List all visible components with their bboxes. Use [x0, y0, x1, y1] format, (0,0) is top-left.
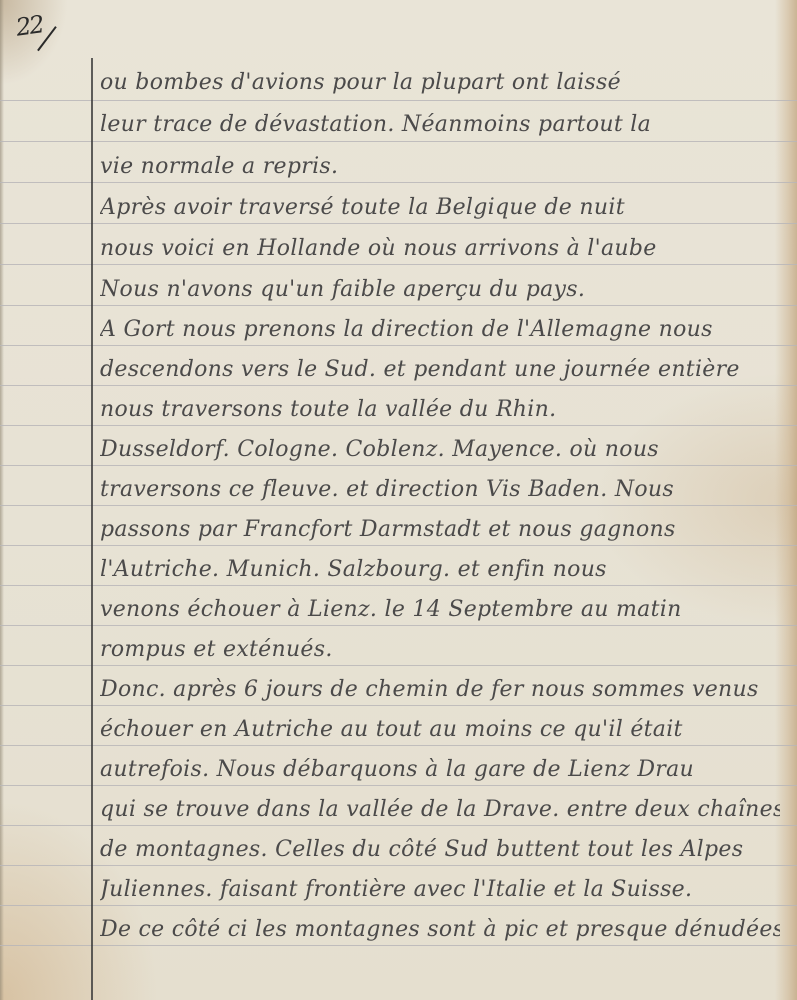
text-line-13: l'Autriche. Munich. Salzbourg. et enfin …: [100, 555, 780, 585]
ruled-line: [0, 505, 797, 506]
ruled-line: [0, 625, 797, 626]
ruled-line: [0, 385, 797, 386]
text-line-11: traversons ce fleuve. et direction Vis B…: [100, 475, 780, 505]
ruled-line: [0, 182, 797, 183]
ruled-line: [0, 585, 797, 586]
text-line-2: leur trace de dévastation. Néanmoins par…: [100, 110, 780, 140]
notebook-page: 22 ou bombes d'avions pour la plupart on…: [0, 0, 797, 1000]
text-line-15: rompus et exténués.: [100, 635, 780, 665]
page-number: 22: [14, 10, 44, 41]
text-line-14: venons échouer à Lienz. le 14 Septembre …: [100, 595, 780, 625]
ruled-line: [0, 100, 797, 101]
ruled-line: [0, 865, 797, 866]
text-line-10: Dusseldorf. Cologne. Coblenz. Mayence. o…: [100, 435, 780, 465]
text-line-18: autrefois. Nous débarquons à la gare de …: [100, 755, 780, 785]
text-line-6: Nous n'avons qu'un faible aperçu du pays…: [100, 275, 780, 305]
text-line-20: de montagnes. Celles du côté Sud buttent…: [100, 835, 780, 865]
ruled-line: [0, 785, 797, 786]
ruled-line: [0, 465, 797, 466]
text-line-8: descendons vers le Sud. et pendant une j…: [100, 355, 780, 385]
text-line-7: A Gort nous prenons la direction de l'Al…: [100, 315, 780, 345]
ruled-line: [0, 825, 797, 826]
text-line-4: Après avoir traversé toute la Belgique d…: [100, 193, 780, 223]
text-line-16: Donc. après 6 jours de chemin de fer nou…: [100, 675, 780, 705]
ruled-line: [0, 545, 797, 546]
text-line-21: Juliennes. faisant frontière avec l'Ital…: [100, 875, 780, 905]
ruled-line: [0, 425, 797, 426]
ruled-line: [0, 305, 797, 306]
text-line-9: nous traversons toute la vallée du Rhin.: [100, 395, 780, 425]
text-line-12: passons par Francfort Darmstadt et nous …: [100, 515, 780, 545]
text-line-19: qui se trouve dans la vallée de la Drave…: [100, 795, 780, 825]
page-left-shadow: [0, 0, 4, 1000]
ruled-line: [0, 345, 797, 346]
text-line-17: échouer en Autriche au tout au moins ce …: [100, 715, 780, 745]
ruled-line: [0, 665, 797, 666]
ruled-line: [0, 745, 797, 746]
ruled-line: [0, 141, 797, 142]
ruled-line: [0, 705, 797, 706]
ruled-line: [0, 223, 797, 224]
text-line-3: vie normale a repris.: [100, 152, 780, 182]
ruled-line: [0, 905, 797, 906]
margin-line: [91, 58, 93, 1000]
ruled-line: [0, 945, 797, 946]
text-line-22: De ce côté ci les montagnes sont à pic e…: [100, 915, 780, 945]
text-line-1: ou bombes d'avions pour la plupart ont l…: [100, 68, 780, 98]
ruled-line: [0, 264, 797, 265]
text-line-5: nous voici en Hollande où nous arrivons …: [100, 234, 780, 264]
